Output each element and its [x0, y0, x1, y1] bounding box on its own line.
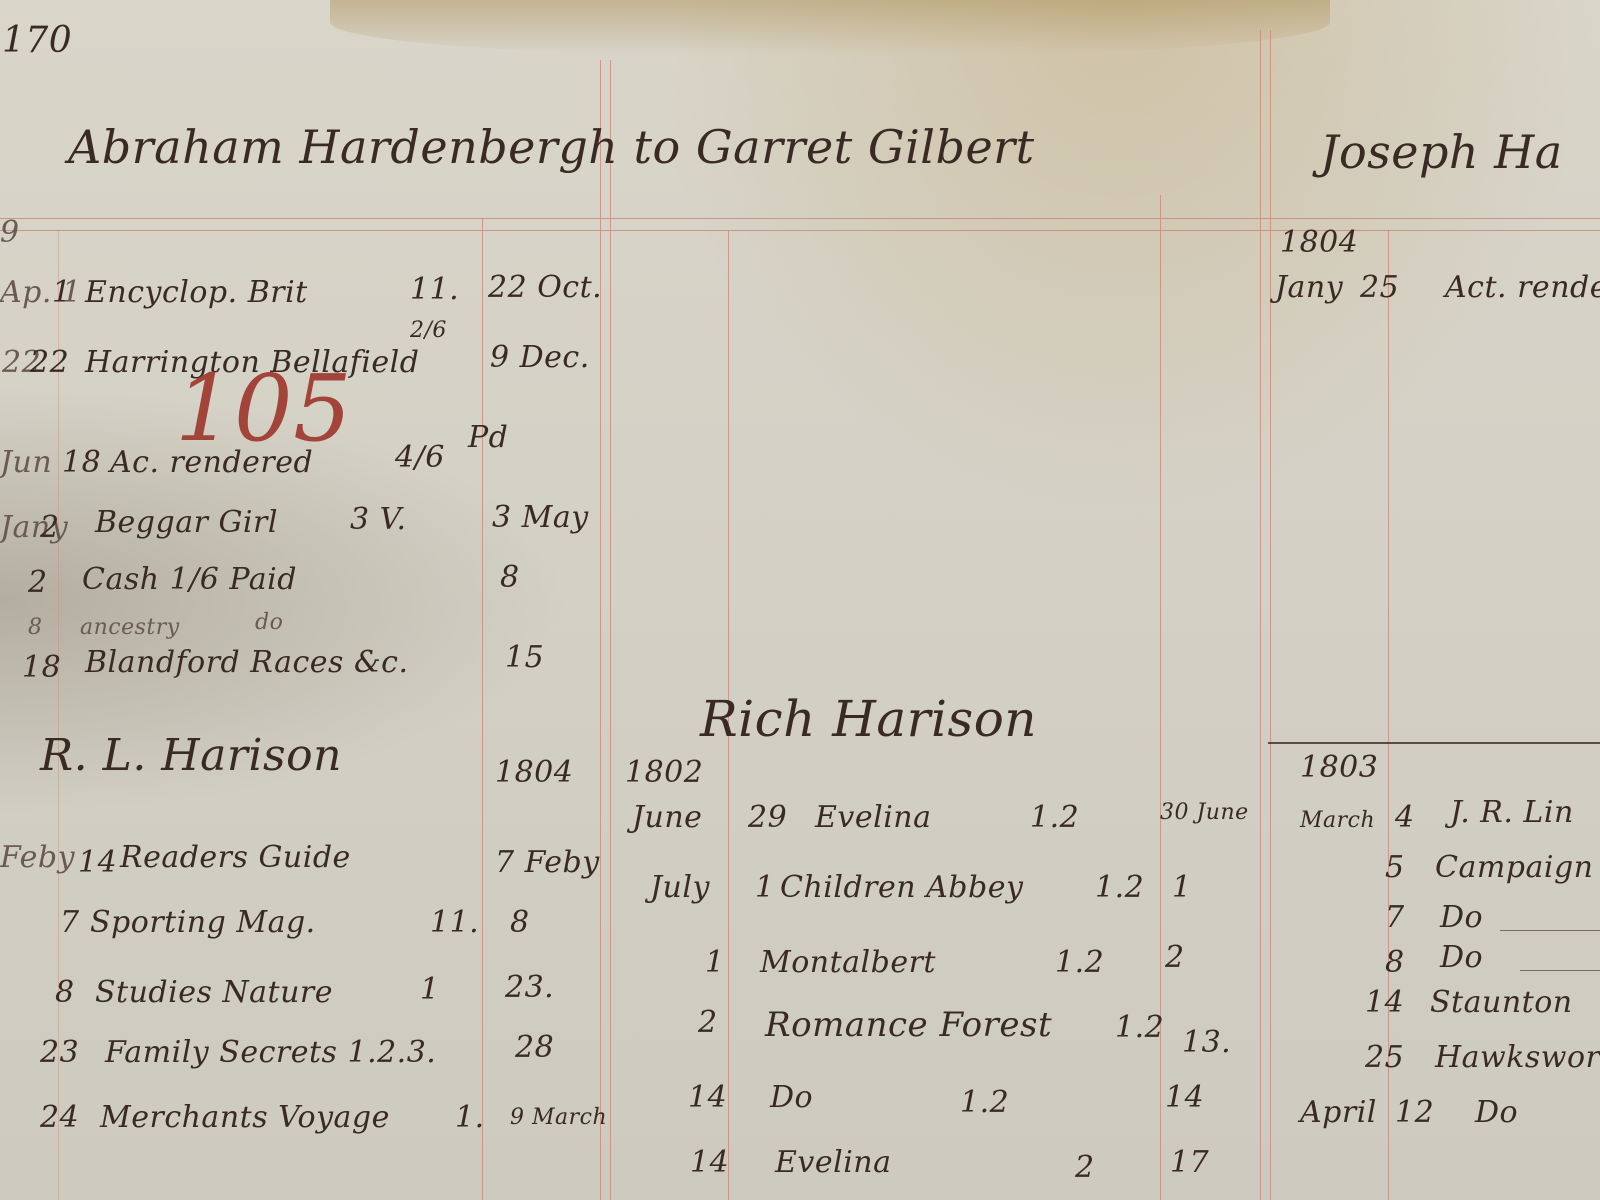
entry-amount: 11.: [410, 272, 459, 307]
column-rule: [600, 60, 601, 1200]
entry-day: 14: [690, 1145, 729, 1180]
account-year: 1802: [625, 755, 703, 790]
account-name: Rich Harison: [700, 690, 1037, 748]
entry-item: Encyclop. Brit: [85, 275, 308, 310]
entry-item: Do: [1440, 940, 1483, 975]
entry-amount: 2: [1075, 1150, 1095, 1185]
ledger-page: 170 Abraham Hardenbergh to Garret Gilber…: [0, 0, 1600, 1200]
entry-due: Pd: [468, 420, 508, 455]
entry-due: 15: [505, 640, 544, 675]
entry-day: 4: [1395, 800, 1415, 835]
entry-day: 5: [1385, 850, 1405, 885]
account-year: 1804: [1280, 225, 1358, 260]
entry-day: 2: [40, 510, 60, 545]
entry-month: Jany: [1275, 270, 1343, 305]
entry-item: Blandford Races &c.: [85, 645, 409, 680]
entry-item: Romance Forest: [765, 1005, 1052, 1045]
page-number: 170: [2, 20, 72, 61]
ditto-line: [1500, 930, 1600, 931]
column-rule: [610, 60, 611, 1200]
entry-due: 8: [500, 560, 520, 595]
entry-due: 9 Dec.: [490, 340, 590, 375]
entry-day: 7: [1385, 900, 1405, 935]
account-year: 1803: [1300, 750, 1378, 785]
entry-day: 14: [78, 845, 117, 880]
entry-item: Family Secrets 1.2.3.: [105, 1035, 436, 1070]
entry-month: June: [632, 800, 702, 835]
entry-item: Do: [1440, 900, 1483, 935]
entry-due: 7 Feby: [495, 845, 600, 880]
entry-day: 14: [688, 1080, 727, 1115]
entry-month: March: [1300, 808, 1375, 833]
entry-amount: 4/6: [395, 440, 445, 475]
column-rule: [482, 218, 483, 1200]
entry-item: Do: [1475, 1095, 1518, 1130]
entry-due: 28: [515, 1030, 554, 1065]
entry-item: Cash 1/6 Paid: [82, 562, 297, 597]
entry-day: 24: [40, 1100, 79, 1135]
header-rule-1: [0, 218, 1600, 219]
entry-item: ancestry: [80, 615, 180, 640]
entry-day: 29: [748, 800, 787, 835]
entry-due: 23.: [505, 970, 554, 1005]
entry-item: J. R. Lin: [1450, 795, 1574, 830]
entry-item: Beggar Girl: [95, 505, 278, 540]
entry-amount: 1: [420, 972, 440, 1007]
ledger-header-title: Abraham Hardenbergh to Garret Gilbert: [68, 120, 1035, 174]
entry-item: Evelina: [815, 800, 932, 835]
entry-due: 22 Oct.: [488, 270, 602, 305]
entry-day: 1: [705, 945, 725, 980]
entry-due: 9 March: [510, 1105, 607, 1130]
entry-month: July: [650, 870, 710, 905]
entry-item: Staunton: [1430, 985, 1573, 1020]
entry-day: 7: [60, 905, 80, 940]
entry-due: 17: [1170, 1145, 1209, 1180]
entry-item: Sporting Mag.: [90, 905, 316, 940]
entry-amount: 1.: [455, 1100, 485, 1135]
entry-item: Hawksworth: [1435, 1040, 1600, 1075]
entry-day: 2: [698, 1005, 718, 1040]
entry-day: 8: [1385, 945, 1405, 980]
entry-item: Act. rendered: [1445, 270, 1600, 305]
entry-amount: 1.2: [1055, 945, 1104, 980]
entry-amount: 11.: [430, 905, 479, 940]
entry-item: Do: [770, 1080, 813, 1115]
entry-day: 1: [755, 870, 775, 905]
entry-item: Evelina: [775, 1145, 892, 1180]
entry-amount: 1.2: [960, 1085, 1009, 1120]
entry-due: 3 May: [492, 500, 589, 535]
entry-amount: 1.2: [1115, 1010, 1164, 1045]
entry-due: 30 June: [1160, 800, 1249, 825]
entry-amount: 1.2: [1030, 800, 1079, 835]
entry-day: 8: [28, 615, 43, 640]
entry-item: Merchants Voyage: [100, 1100, 390, 1135]
entry-due: 2: [1165, 940, 1185, 975]
entry-due: 8: [510, 905, 530, 940]
margin-fragment: 9: [0, 215, 20, 250]
account-year: 1804: [495, 755, 573, 790]
header-rule-2: [0, 230, 1600, 231]
entry-item: Readers Guide: [120, 840, 351, 875]
entry-item: Campaign: [1435, 850, 1594, 885]
account-rule: [1268, 742, 1600, 744]
entry-due: 1: [1172, 870, 1192, 905]
entry-due: 13.: [1182, 1025, 1231, 1060]
water-stain: [330, 0, 1330, 55]
entry-day: 18: [22, 650, 61, 685]
entry-item: Montalbert: [760, 945, 936, 980]
ditto-line: [1520, 970, 1600, 971]
entry-day: 2: [28, 565, 48, 600]
entry-day: 8: [55, 975, 75, 1010]
entry-day: 12: [1395, 1095, 1434, 1130]
entry-amount: do: [255, 610, 283, 635]
entry-amount: 2/6: [410, 318, 447, 343]
entry-day: 25: [1365, 1040, 1404, 1075]
column-rule: [1270, 30, 1271, 1200]
margin-fragment: Feby: [0, 840, 75, 875]
column-rule: [1160, 195, 1161, 1200]
entry-day: 22: [30, 345, 69, 380]
account-name: R. L. Harison: [40, 730, 342, 781]
entry-month: April: [1300, 1095, 1377, 1130]
entry-amount: 1.2: [1095, 870, 1144, 905]
ledger-header-right-title: Joseph Ha: [1320, 125, 1563, 179]
entry-day: 18: [62, 445, 101, 480]
entry-day: 25: [1360, 270, 1399, 305]
column-rule: [1260, 30, 1261, 1200]
entry-day: 23: [40, 1035, 79, 1070]
entry-amount: 3 V.: [350, 502, 407, 537]
entry-item: Ac. rendered: [110, 445, 313, 480]
entry-item: Children Abbey: [780, 870, 1023, 905]
entry-day: 14: [1365, 985, 1404, 1020]
entry-due: 14: [1165, 1080, 1204, 1115]
entry-item: Studies Nature: [95, 975, 333, 1010]
margin-fragment: Jun: [0, 445, 52, 480]
entry-day: 1: [52, 275, 72, 310]
